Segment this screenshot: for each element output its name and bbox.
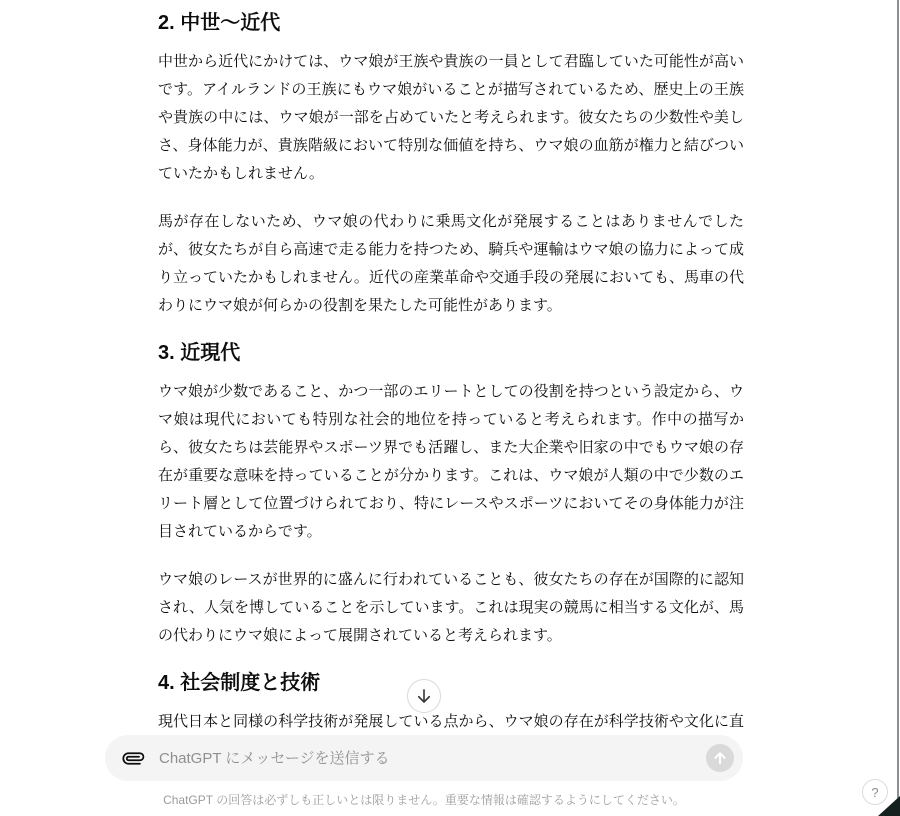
send-button[interactable] bbox=[706, 744, 734, 772]
message-paragraph: 現代日本と同様の科学技術が発展している点から、ウマ娘の存在が科学技術や文化に直接… bbox=[158, 708, 744, 732]
message-composer[interactable] bbox=[105, 735, 743, 781]
paperclip-icon bbox=[123, 748, 144, 769]
window-right-edge bbox=[897, 0, 899, 816]
chat-thread: 2. 中世〜近代中世から近代にかけては、ウマ娘が王族や貴族の一員として君臨してい… bbox=[158, 0, 744, 732]
section-heading: 4. 社会制度と技術 bbox=[158, 670, 744, 696]
scroll-to-bottom-button[interactable] bbox=[407, 679, 441, 713]
arrow-down-icon bbox=[415, 687, 433, 705]
chatgpt-app: 2. 中世〜近代中世から近代にかけては、ウマ娘が王族や貴族の一員として君臨してい… bbox=[0, 0, 900, 816]
message-paragraph: ウマ娘が少数であること、かつ一部のエリートとしての役割を持つという設定から、ウマ… bbox=[158, 378, 744, 546]
composer-area: ChatGPT の回答は必ずしも正しいとは限りません。重要な情報は確認するように… bbox=[0, 730, 897, 816]
arrow-up-icon bbox=[712, 750, 728, 766]
section-heading: 2. 中世〜近代 bbox=[158, 10, 744, 36]
message-paragraph: ウマ娘のレースが世界的に盛んに行われていることも、彼女たちの存在が国際的に認知さ… bbox=[158, 566, 744, 650]
section-heading: 3. 近現代 bbox=[158, 340, 744, 366]
message-paragraph: 中世から近代にかけては、ウマ娘が王族や貴族の一員として君臨していた可能性が高いで… bbox=[158, 48, 744, 188]
help-button[interactable]: ? bbox=[862, 779, 888, 805]
message-input[interactable] bbox=[149, 735, 706, 781]
attach-button[interactable] bbox=[117, 742, 149, 774]
footer-disclaimer: ChatGPT の回答は必ずしも正しいとは限りません。重要な情報は確認するように… bbox=[105, 793, 743, 807]
message-paragraph: 馬が存在しないため、ウマ娘の代わりに乗馬文化が発展することはありませんでしたが、… bbox=[158, 208, 744, 320]
